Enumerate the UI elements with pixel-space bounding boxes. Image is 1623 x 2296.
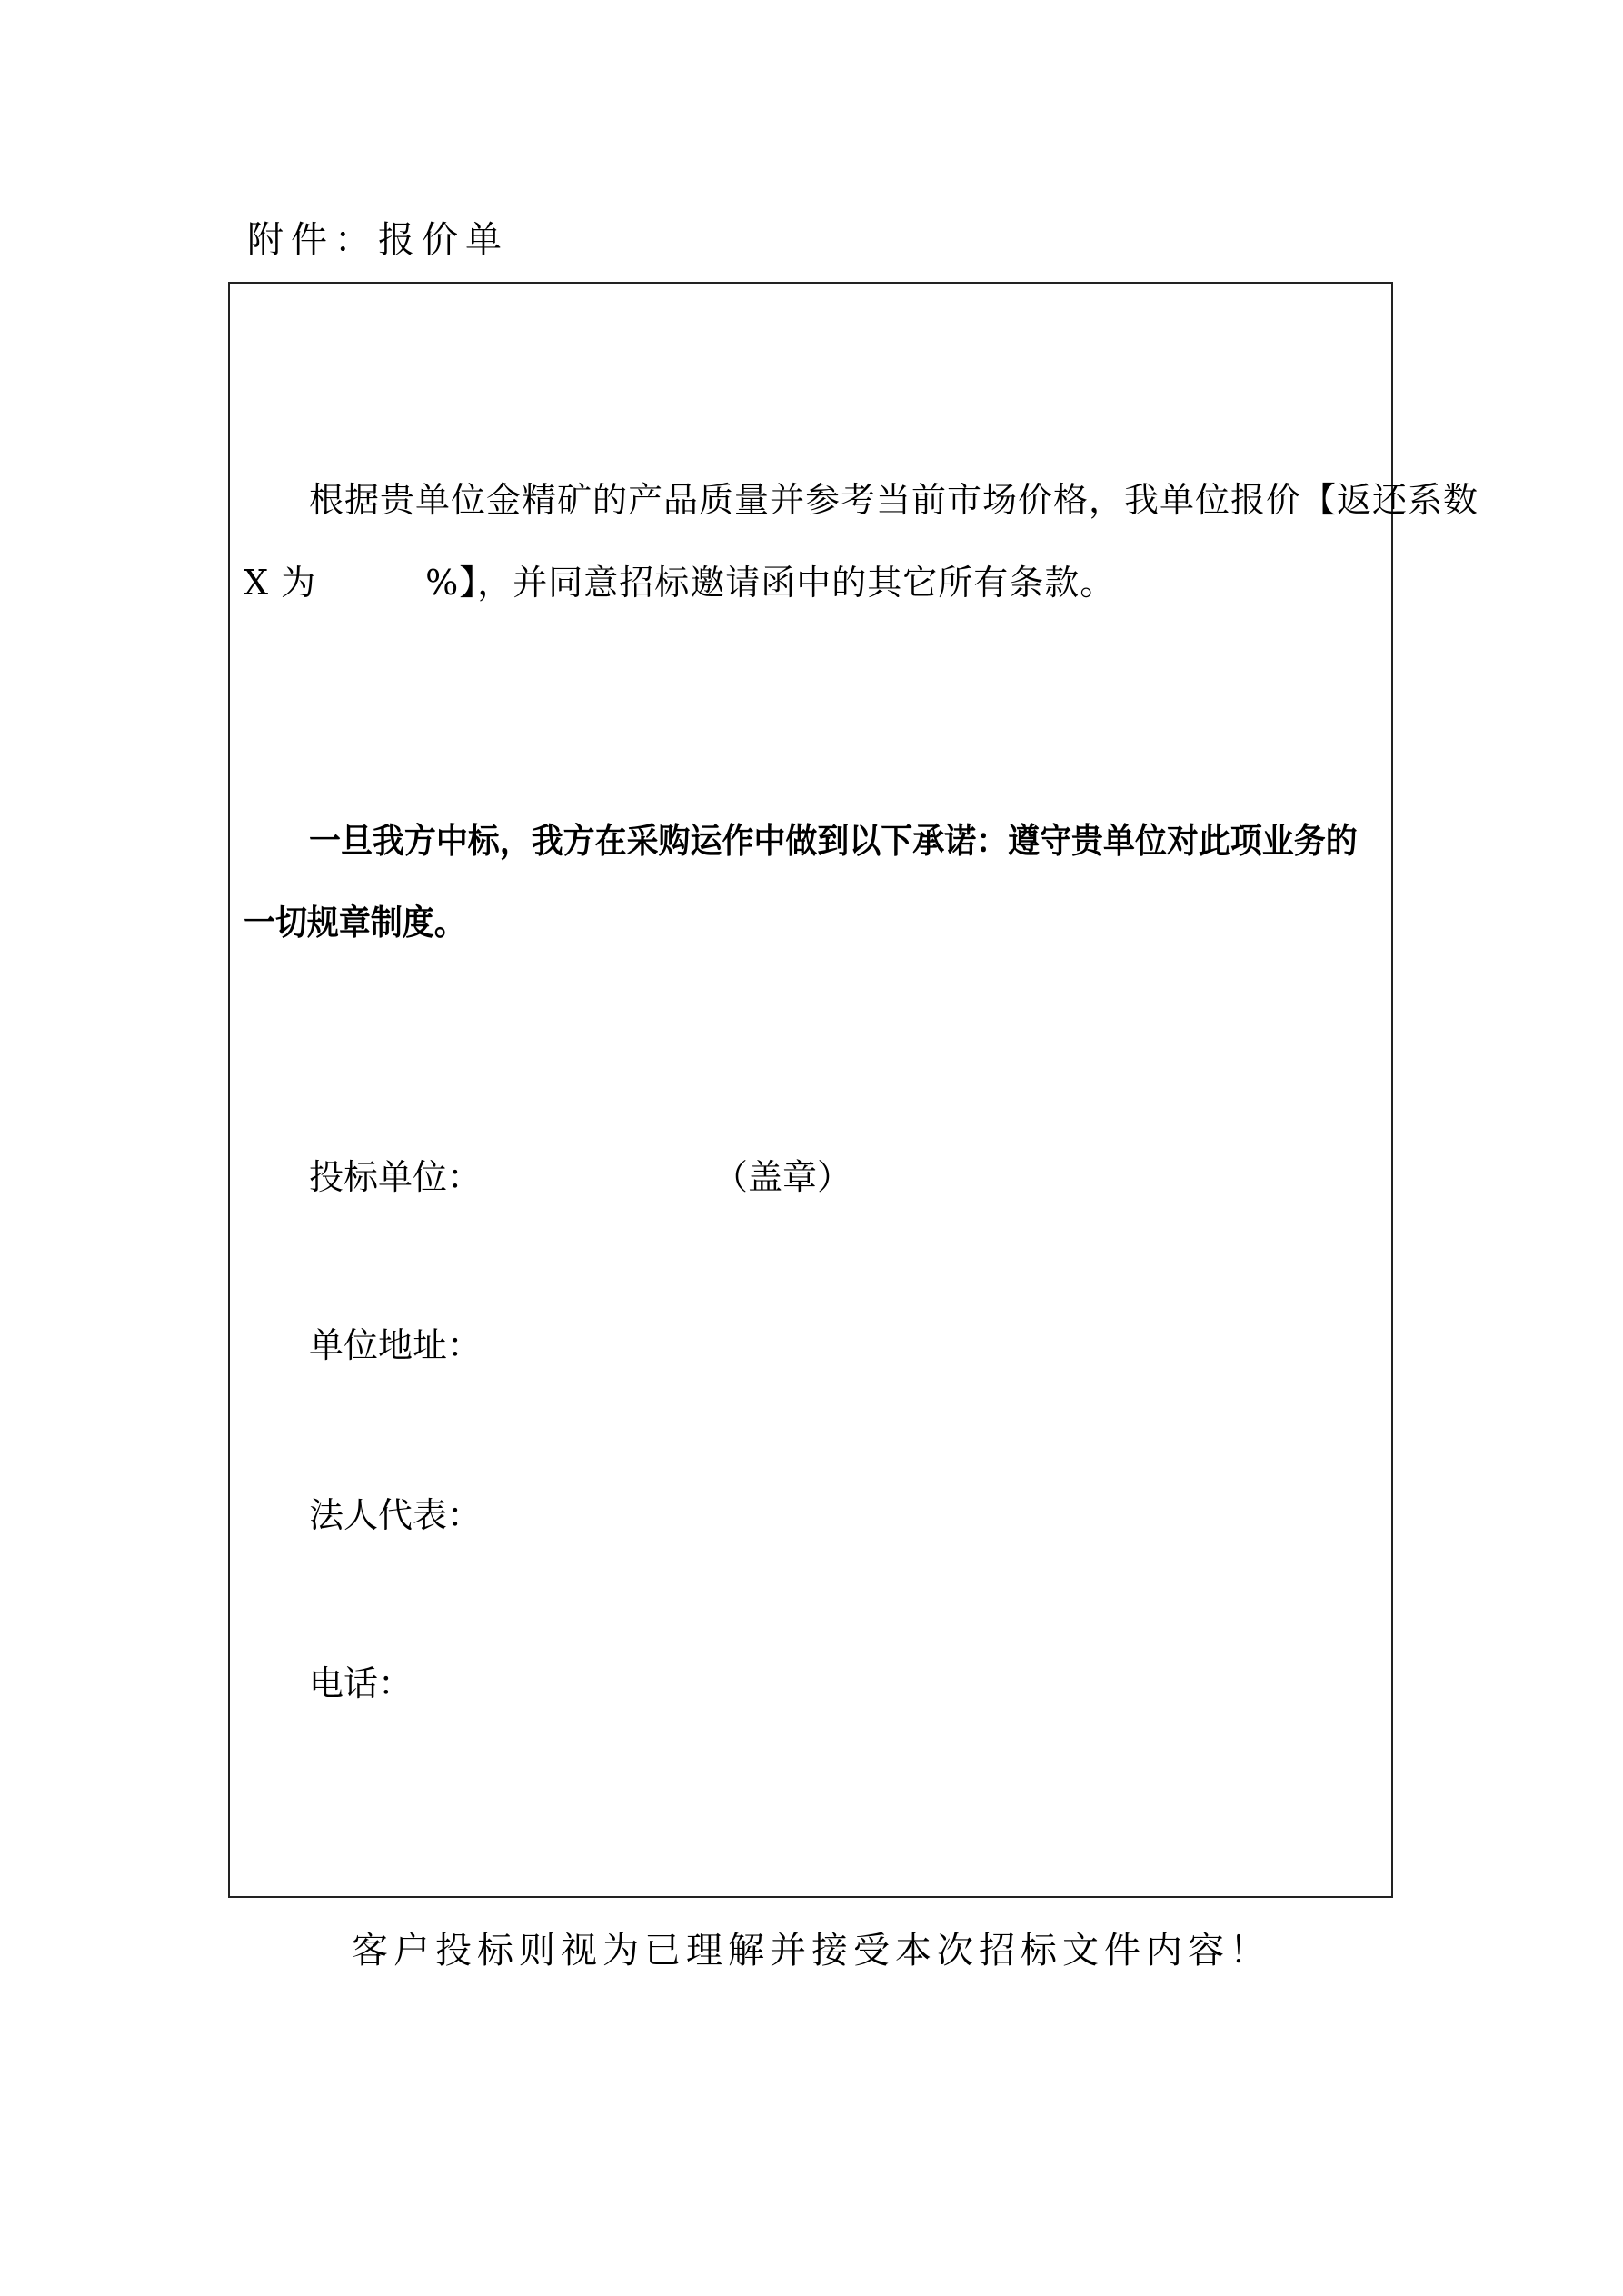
attachment-title: 附件：报价单 bbox=[247, 216, 509, 264]
percent-sign: % bbox=[425, 563, 459, 603]
quote-clause-text: 】，并同意招标邀请函中的其它所有条款。 bbox=[459, 563, 1115, 603]
field-phone: 电话： bbox=[309, 1661, 776, 1706]
field-label: 法人代表： bbox=[309, 1495, 482, 1535]
field-label: 电话： bbox=[309, 1663, 413, 1703]
field-label: 单位地址： bbox=[309, 1325, 482, 1365]
commitment-paragraph-line-2: 一切规章制度。 bbox=[244, 900, 466, 945]
seal-note: （盖章） bbox=[713, 1157, 851, 1197]
field-label: 投标单位： bbox=[309, 1157, 482, 1197]
quote-paragraph-line-2: X 为%】，并同意招标邀请函中的其它所有条款。 bbox=[244, 560, 1115, 605]
coefficient-label: X 为 bbox=[244, 563, 316, 603]
field-unit-address: 单位地址： bbox=[309, 1323, 845, 1368]
footer-note: 客户投标则视为已理解并接受本次招标文件内容！ bbox=[0, 1927, 1623, 1974]
field-bidding-unit: 投标单位：（盖章） bbox=[309, 1154, 851, 1200]
commitment-paragraph-line-1: 一旦我方中标，我方在采购运作中做到以下承诺：遵守贵单位对此项业务的 bbox=[309, 818, 1358, 863]
field-legal-representative: 法人代表： bbox=[309, 1492, 845, 1538]
quote-paragraph-line-1: 根据贵单位金精矿的产品质量并参考当前市场价格，我单位报价【返还系数 bbox=[309, 477, 1479, 523]
quote-form-box bbox=[228, 282, 1393, 1898]
